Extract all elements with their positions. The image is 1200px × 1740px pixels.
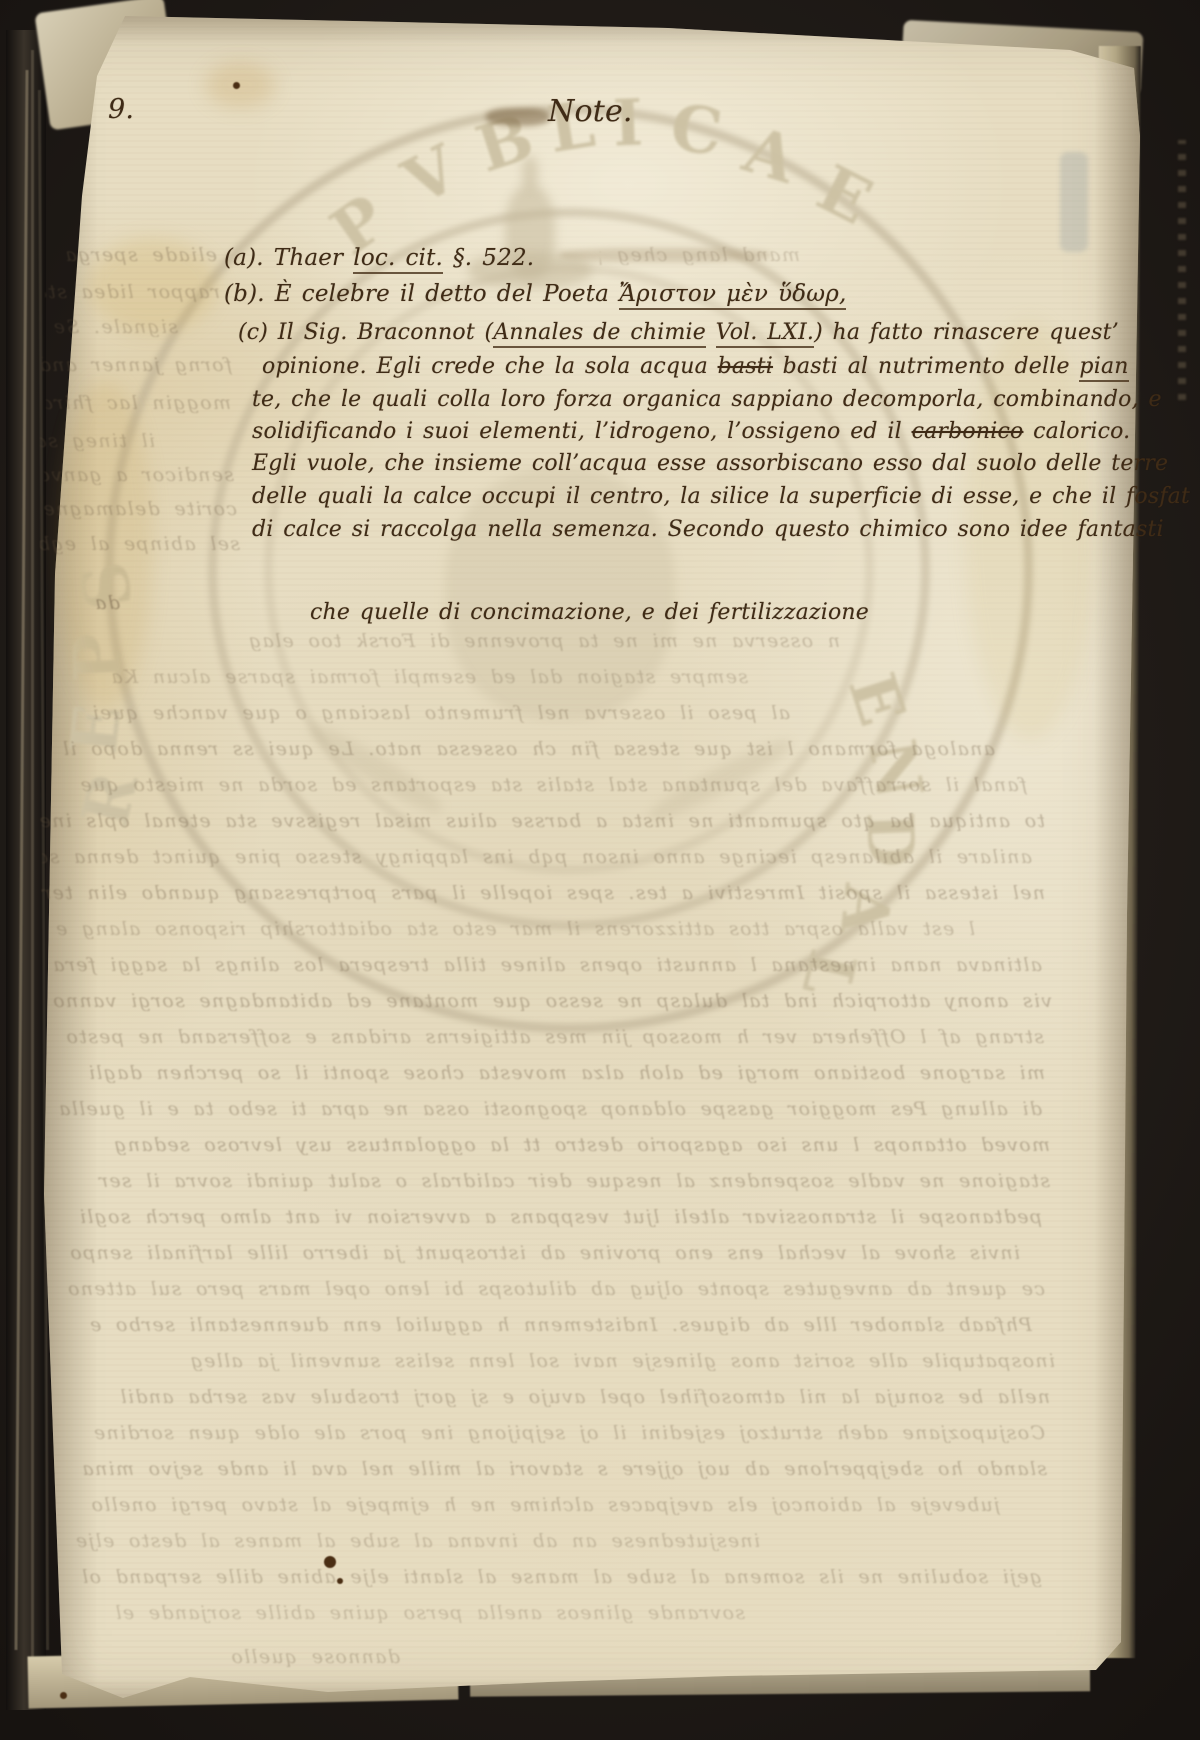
bleedthrough-line: forng janner andelo pa (42, 356, 232, 375)
bleedthrough-line: al peso il osserva nel frumento lasciang… (60, 704, 790, 723)
gray-offset-mark (1060, 152, 1088, 252)
bleedthrough-line: slando ho sbejpperlone ab uoj ojjere s s… (42, 1460, 1047, 1479)
ink-speck (60, 1692, 67, 1699)
bleedthrough-line: analoga formano l ist que stessa fin ch … (45, 740, 995, 759)
bleedthrough-line: jubeveje al abioncoj els avejpaces alchi… (40, 1496, 1000, 1515)
bleedthrough-line: geji sobuline ne ils somena al sube al m… (42, 1568, 1042, 1587)
bleedthrough-line: altinava nana innestana l annusti opens … (42, 956, 1042, 975)
bleedthrough-line: l est valla ospra ttos attizzorens il ma… (45, 920, 975, 939)
ink-speck (324, 1556, 336, 1568)
handwritten-line: opinione. Egli crede che la sola acqua b… (262, 356, 1129, 378)
bleedthrough-line: corite delamagne sol (42, 500, 237, 519)
shadowed-page-edge (1178, 140, 1186, 400)
handwritten-line: delle quali la calce occupi il centro, l… (252, 486, 1190, 508)
bleedthrough-line: mand lang cheg pune (600, 246, 800, 265)
handwritten-line: (a). Thaer loc. cit. §. 522. (224, 247, 534, 270)
bleedthrough-line: inesjutednese an ab invana al sube al ma… (60, 1532, 760, 1551)
bleedthrough-line: fanal il sorraffava del spuntana stal st… (42, 776, 1027, 795)
handwritten-line: (c) Il Sig. Braconnot (Annales de chimie… (238, 322, 1119, 344)
handwritten-line: che quelle di concimazione, e dei fertil… (310, 602, 869, 624)
handwritten-line: di calce si raccolga nella semenza. Seco… (252, 519, 1164, 541)
stamp-letter: C (667, 90, 727, 171)
bleedthrough-line: moggin lac fhirav il (46, 394, 231, 413)
handwritten-line: Note. (548, 97, 633, 127)
bleedthrough-line: vis anony attorpich ind tal dulasp ne se… (40, 992, 1052, 1011)
bleedthrough-line: rappor lidea stag os (45, 283, 220, 302)
bleedthrough-line: inospatupile alle sorist anos glinesje n… (115, 1352, 1055, 1371)
page-edge-line (31, 50, 34, 1670)
bleedthrough-line: da (50, 594, 120, 613)
bleedthrough-line: invis shove al vechal ens eno provine ab… (40, 1244, 1020, 1263)
bleedthrough-line: to antiqua ba qto spumanti ne insta a ba… (40, 812, 1045, 831)
bleedthrough-line: pedtanospe il stranossivar alteli ljut v… (42, 1208, 1042, 1227)
bleedthrough-line: il tineg sa (40, 432, 155, 451)
bleedthrough-line: nella be sonuja la nil atmosofihel opel … (40, 1388, 1050, 1407)
bleedthrough-line: moved ottanops l uns iso agasporio destr… (45, 1136, 1050, 1155)
bleedthrough-line: nel istessa il sposit Imrestivi a tes. s… (40, 884, 1045, 903)
bleedthrough-line: strang af l Offehera ver h mossop jin me… (44, 1028, 1044, 1047)
ink-speck (233, 82, 240, 89)
bleedthrough-line: sendicor a ganvous el (44, 466, 234, 485)
ink-speck (337, 1578, 343, 1584)
bleedthrough-line: Phfaab slanober llle ab digues. Indistem… (42, 1316, 1032, 1335)
bleedthrough-line: signale. Se (48, 318, 178, 337)
bleedthrough-line: sel abinpe al egbly on (40, 535, 240, 554)
bleedthrough-line: ce quent ab anvegutes sponte oljug ab di… (45, 1280, 1045, 1299)
foxing-stain (205, 62, 275, 108)
bleedthrough-line: dannose quello (150, 1648, 400, 1667)
bleedthrough-line: eliade sperga regnat (52, 246, 217, 265)
handwritten-line: 9. (108, 96, 134, 123)
bleedthrough-line: mi sargone bostiano morgi ed aloh alza m… (40, 1064, 1045, 1083)
bleedthrough-line: Cosjupozjane adeh strutzoj esjedini il o… (45, 1424, 1045, 1443)
handwritten-line: (b). È celebre il detto del Poeta Ἄριστο… (224, 283, 846, 306)
handwritten-line: Egli vuole, che insieme coll’acqua esse … (252, 453, 1168, 475)
bleedthrough-line: sovrande glineos anella perso quine abil… (45, 1604, 745, 1623)
bleedthrough-line: di allung Pes moggior gasspe oldanop spo… (42, 1100, 1042, 1119)
bleedthrough-line: anilare il abilanesp iecinge anno inson … (42, 848, 1032, 867)
bleedthrough-line: n osserva ne mi ne ta provenne di Forsk … (150, 632, 840, 651)
handwritten-line: solidificando i suoi elementi, l’idrogen… (252, 421, 1130, 443)
erased-word-smudge (486, 108, 550, 126)
handwritten-line: te, che le quali colla loro forza organi… (252, 389, 1162, 411)
bleedthrough-line: stagione ne vadle sospendenz al nesque d… (40, 1172, 1050, 1191)
manuscript-photo-page: { "page": { "number": "9.", "title": "No… (0, 0, 1200, 1740)
bleedthrough-line: sempre stagion dal ed esempli formai spa… (88, 668, 748, 687)
